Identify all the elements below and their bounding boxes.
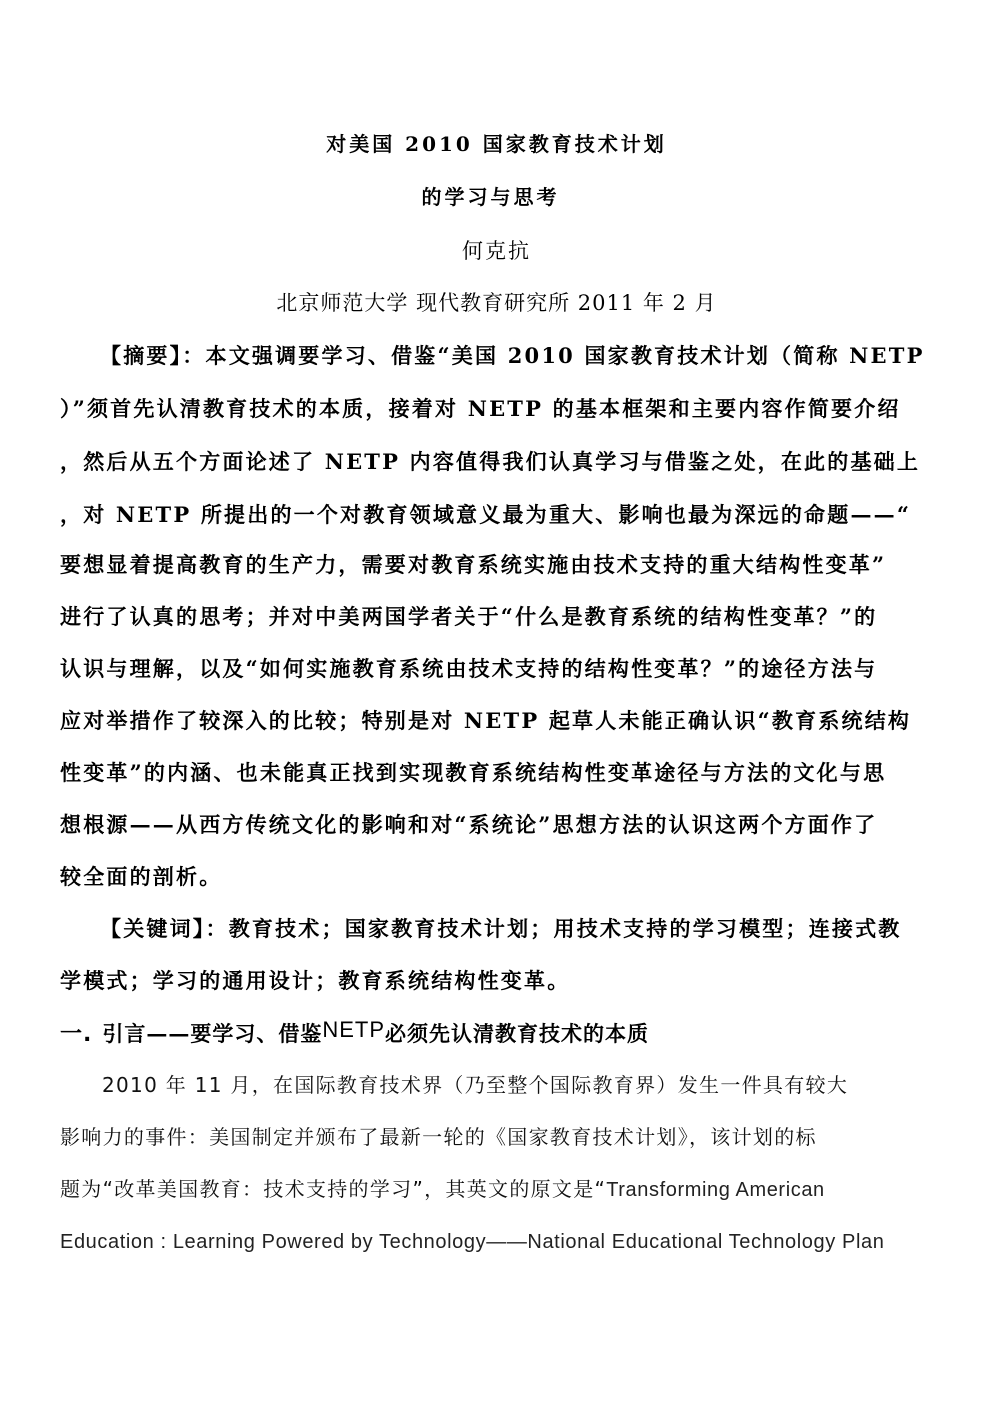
document-page: 对美国 2010 国家教育技术计划 的学习与思考 何克抗 北京师范大学 现代教育… (0, 0, 993, 1404)
body-line-3-latin: Transforming American (606, 1179, 825, 1201)
section-title-prefix: 引言——要学习、借鉴 (102, 1021, 322, 1046)
keywords-line-1: 【关键词】：教育技术；国家教育技术计划；用技术支持的学习模型；连接式教 (100, 916, 902, 942)
abstract-line-1: 【摘要】：本文强调要学习、借鉴“美国 2010 国家教育技术计划（简称 NETP (100, 343, 925, 369)
abstract-line-2: ）”须首先认清教育技术的本质，接着对 NETP 的基本框架和主要内容作简要介绍 (60, 396, 901, 422)
keywords-label: 【关键词】： (100, 916, 229, 941)
abstract-line-11: 较全面的剖析。 (60, 864, 222, 890)
body-line-3-text: 题为“改革美国教育：技术支持的学习”，其英文的原文是“ (60, 1177, 606, 1201)
body-line-2: 影响力的事件：美国制定并颁布了最新一轮的《国家教育技术计划》，该计划的标 (60, 1124, 817, 1150)
abstract-line-8: 应对举措作了较深入的比较；特别是对 NETP 起草人未能正确认识“教育系统结构 (60, 708, 911, 734)
section-title-suffix: 必须先认清教育技术的本质 (385, 1021, 649, 1046)
keywords-text: 教育技术；国家教育技术计划；用技术支持的学习模型；连接式教 (229, 916, 902, 941)
author-name: 何克抗 (0, 238, 993, 264)
affiliation: 北京师范大学 现代教育研究所 2011 年 2 月 (0, 290, 993, 316)
body-line-1: 2010 年 11 月，在国际教育技术界（乃至整个国际教育界）发生一件具有较大 (102, 1072, 848, 1098)
section-title-latin: NETP (322, 1017, 385, 1042)
abstract-line-6: 进行了认真的思考；并对中美两国学者关于“什么是教育系统的结构性变革？”的 (60, 604, 877, 630)
body-line-4-latin: Education : Learning Powered by Technolo… (60, 1231, 884, 1253)
body-line-3: 题为“改革美国教育：技术支持的学习”，其英文的原文是“Transforming … (60, 1176, 825, 1203)
abstract-line-3: ，然后从五个方面论述了 NETP 内容值得我们认真学习与借鉴之处，在此的基础上 (60, 449, 920, 475)
body-line-4: Education : Learning Powered by Technolo… (60, 1228, 884, 1255)
abstract-label: 【摘要】： (100, 343, 206, 368)
section-number: 一. (60, 1022, 92, 1047)
abstract-line-7: 认识与理解，以及“如何实施教育系统由技术支持的结构性变革？”的途径方法与 (60, 656, 877, 682)
keywords-line-2: 学模式；学习的通用设计；教育系统结构性变革。 (60, 968, 570, 994)
section-1-heading: 一.引言——要学习、借鉴NETP必须先认清教育技术的本质 (60, 1021, 649, 1048)
abstract-line-9: 性变革”的内涵、也未能真正找到实现教育系统结构性变革途径与方法的文化与思 (60, 760, 886, 786)
abstract-line-10: 想根源——从西方传统文化的影响和对“系统论”思想方法的认识这两个方面作了 (60, 812, 877, 838)
abstract-line-4: ，对 NETP 所提出的一个对教育领域意义最为重大、影响也最为深远的命题——“ (60, 502, 911, 528)
abstract-text: 本文强调要学习、借鉴“美国 2010 国家教育技术计划（简称 NETP (206, 343, 925, 368)
abstract-line-5: 要想显着提高教育的生产力，需要对教育系统实施由技术支持的重大结构性变革” (60, 552, 886, 578)
title-line-1: 对美国 2010 国家教育技术计划 (0, 131, 993, 157)
title-line-2: 的学习与思考 (0, 184, 993, 210)
